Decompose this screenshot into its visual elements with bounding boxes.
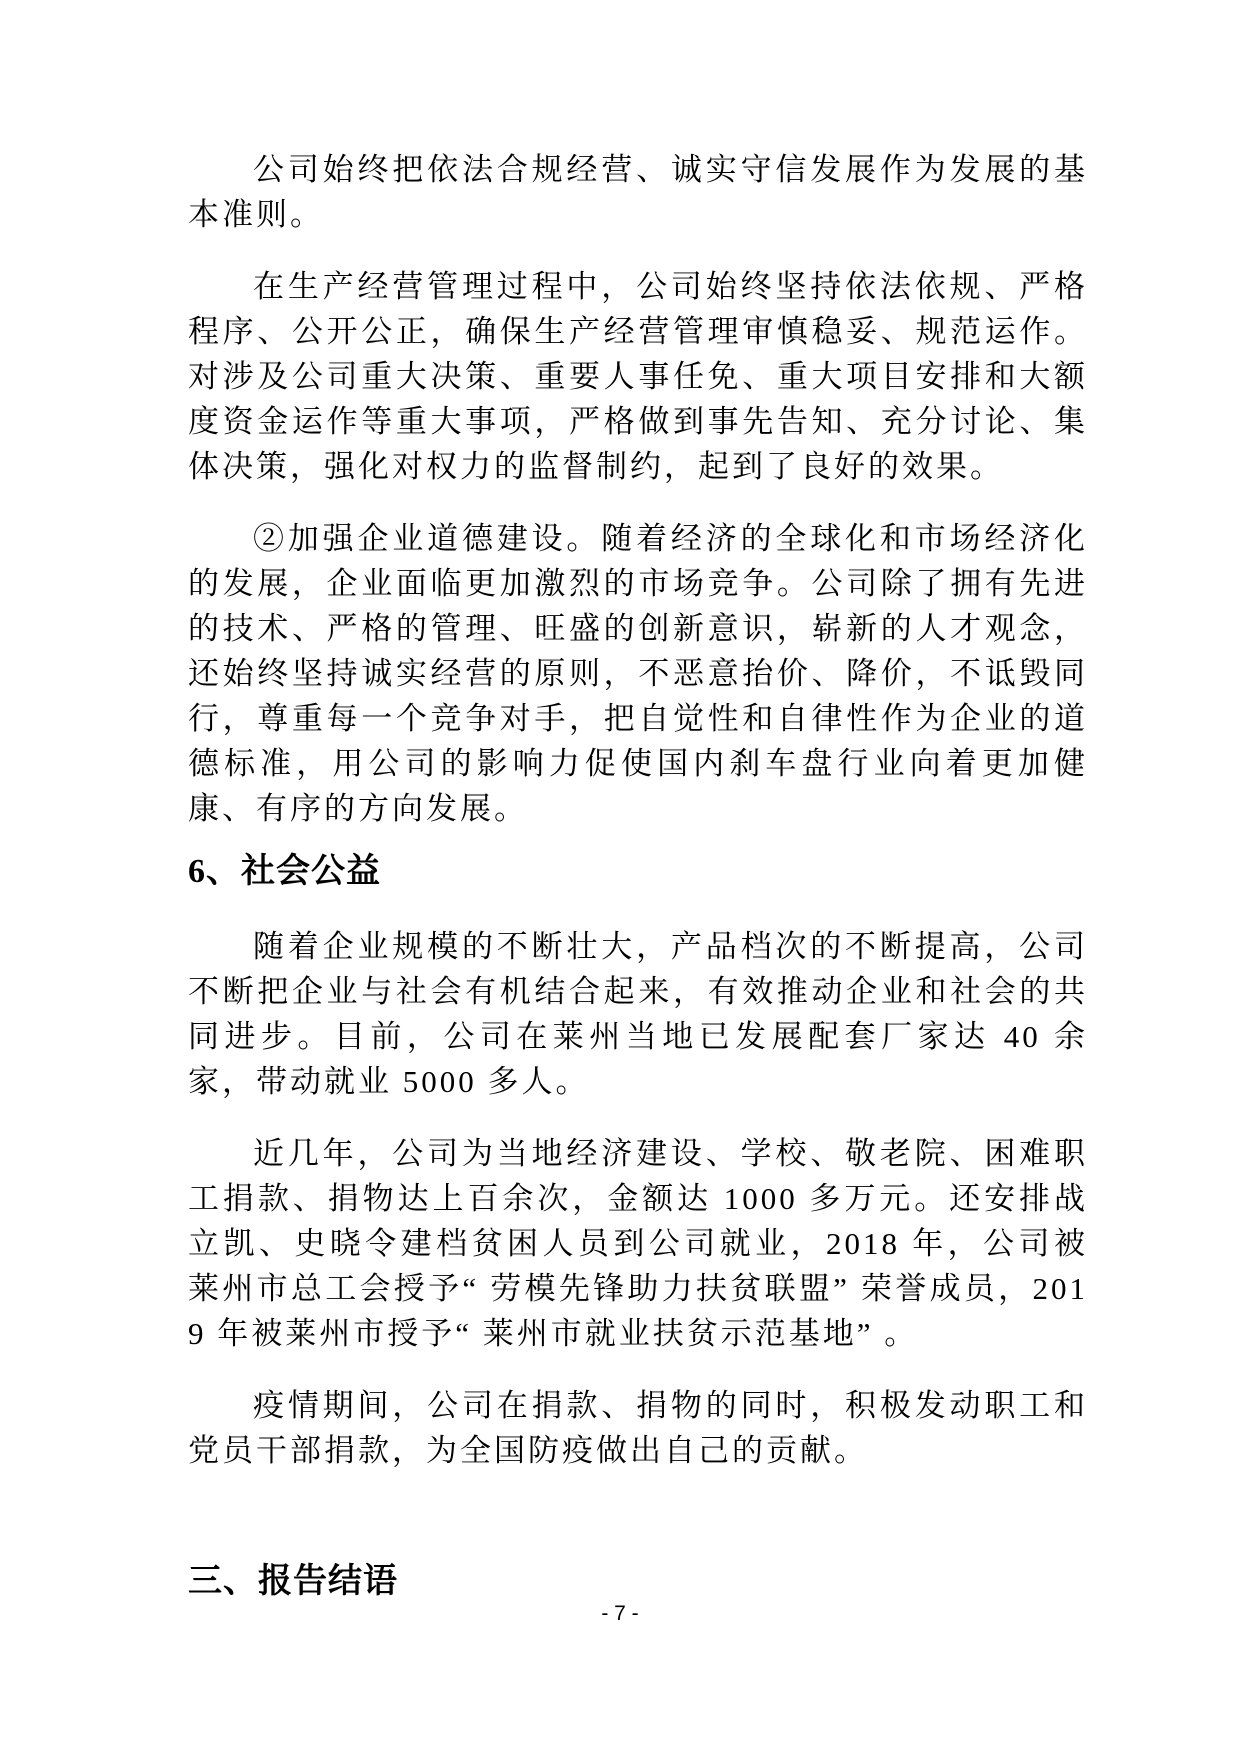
paragraph-donations-awards: 近几年，公司为当地经济建设、学校、敬老院、困难职工捐款、捐物达上百余次，金额达 … bbox=[188, 1131, 1088, 1356]
paragraph-management-process: 在生产经营管理过程中，公司始终坚持依法依规、严格程序、公开公正，确保生产经营管理… bbox=[188, 264, 1088, 489]
document-page: 公司始终把依法合规经营、诚实守信发展作为发展的基本准则。 在生产经营管理过程中，… bbox=[0, 0, 1240, 1754]
document-content: 公司始终把依法合规经营、诚实守信发展作为发展的基本准则。 在生产经营管理过程中，… bbox=[188, 147, 1088, 1607]
paragraph-enterprise-growth: 随着企业规模的不断壮大，产品档次的不断提高，公司不断把企业与社会有机结合起来，有… bbox=[188, 924, 1088, 1104]
heading-report-conclusion: 三、报告结语 bbox=[188, 1557, 1088, 1607]
heading-social-welfare: 6、社会公益 bbox=[188, 847, 1088, 897]
page-number: - 7 - bbox=[0, 1602, 1240, 1626]
paragraph-compliance-principles: 公司始终把依法合规经营、诚实守信发展作为发展的基本准则。 bbox=[188, 147, 1088, 237]
paragraph-corporate-ethics: ②加强企业道德建设。随着经济的全球化和市场经济化的发展，企业面临更加激烈的市场竞… bbox=[188, 516, 1088, 831]
paragraph-pandemic-contribution: 疫情期间，公司在捐款、捐物的同时，积极发动职工和党员干部捐款，为全国防疫做出自己… bbox=[188, 1383, 1088, 1473]
